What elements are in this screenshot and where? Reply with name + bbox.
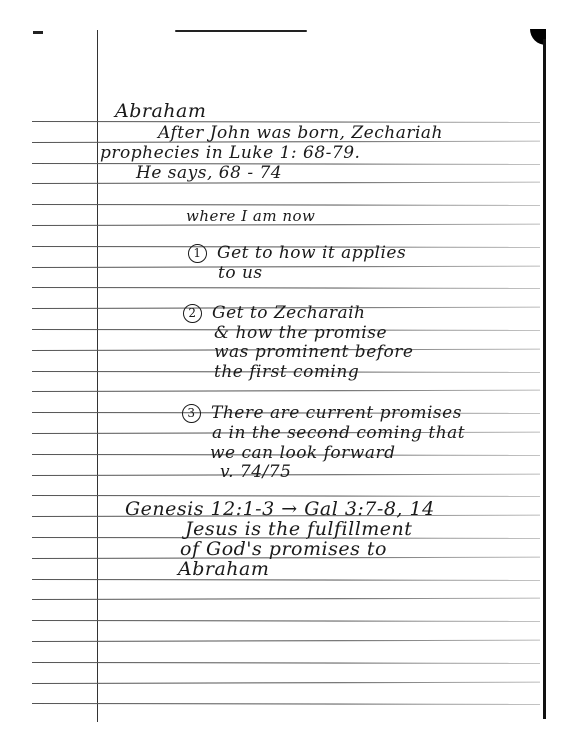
- note-line: He says, 68 - 74: [136, 163, 282, 183]
- closing-line: Abraham: [178, 558, 269, 580]
- point-2-cont: the first coming: [214, 362, 359, 382]
- point-text: Get to Zecharaih: [212, 303, 365, 323]
- ruled-line: [32, 662, 540, 664]
- page-top-edge: [175, 30, 307, 32]
- ruled-line: [32, 287, 540, 289]
- point-2-cont: & how the promise: [214, 323, 387, 343]
- note-title: Abraham: [115, 100, 206, 122]
- ruled-line: [32, 390, 540, 392]
- point-2: 2Get to Zecharaih: [183, 303, 365, 323]
- ruled-line: [32, 182, 540, 184]
- note-line: prophecies in Luke 1: 68-79.: [100, 143, 360, 163]
- closing-line: Jesus is the fulfillment: [185, 518, 412, 540]
- scripture-reference: Genesis 12:1-3 → Gal 3:7-8, 14: [125, 498, 435, 520]
- note-line: After John was born, Zechariah: [158, 123, 443, 143]
- closing-line: of God's promises to: [180, 538, 387, 560]
- circled-number: 3: [182, 404, 201, 423]
- point-3-cont: we can look forward: [210, 443, 396, 463]
- note-line: where I am now: [186, 207, 315, 225]
- ruled-line: [32, 495, 540, 497]
- point-1: 1Get to how it applies: [188, 243, 406, 263]
- ruled-line: [32, 579, 540, 581]
- point-2-cont: was prominent before: [214, 342, 413, 362]
- point-3-cont: v. 74/75: [220, 462, 291, 482]
- point-text: Get to how it applies: [217, 243, 406, 263]
- ruled-line: [32, 640, 540, 642]
- page-corner-edge: [530, 29, 546, 719]
- notebook-page: Abraham After John was born, Zechariah p…: [0, 0, 580, 750]
- margin-line: [97, 30, 98, 722]
- ruled-line: [32, 703, 540, 705]
- circled-number: 2: [183, 304, 202, 323]
- point-3: 3There are current promises: [182, 403, 462, 423]
- ruled-line: [32, 265, 540, 267]
- ruled-line: [32, 681, 540, 683]
- circled-number: 1: [188, 244, 207, 263]
- page-right-edge: [543, 39, 546, 719]
- point-text: There are current promises: [211, 403, 462, 423]
- ruled-line: [32, 204, 540, 206]
- ruled-line: [32, 598, 540, 600]
- point-3-cont: a in the second coming that: [212, 423, 465, 443]
- page-edge-mark: [33, 31, 43, 34]
- ruled-line: [32, 620, 540, 622]
- point-1-cont: to us: [218, 263, 263, 283]
